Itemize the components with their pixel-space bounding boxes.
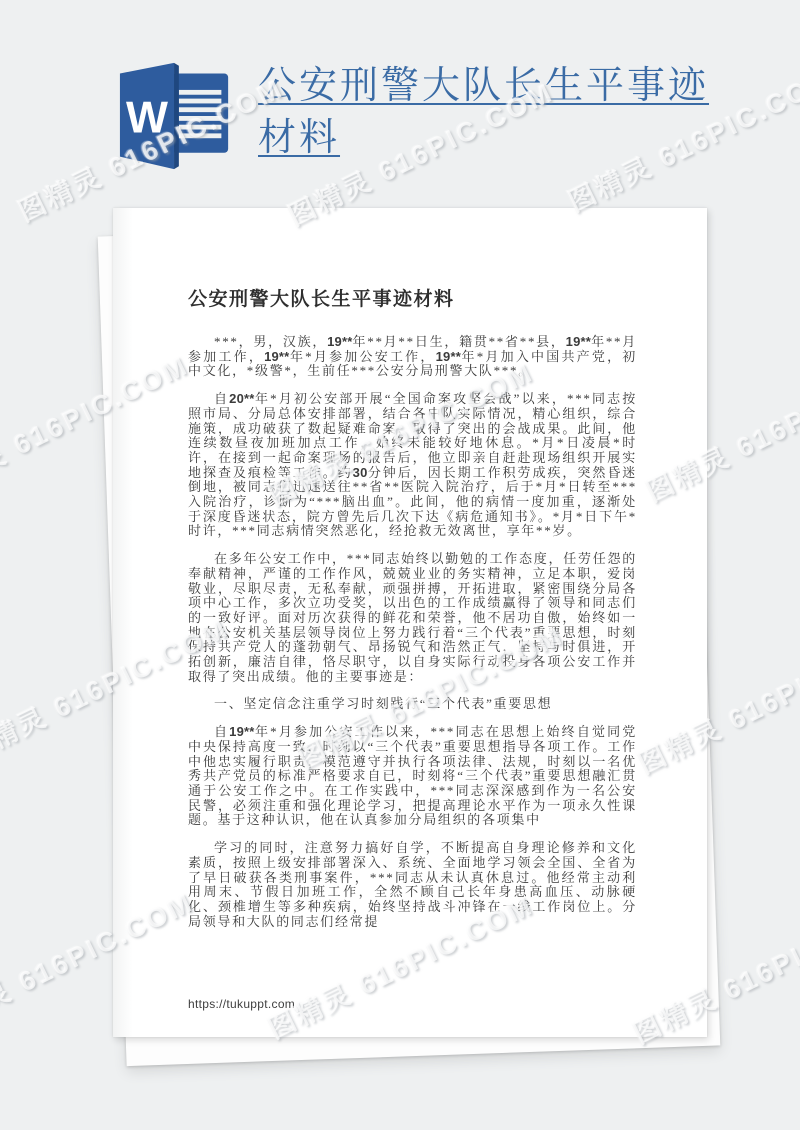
paragraph-three-represents: 自19**年*月参加公安工作以来，***同志在思想上始终自觉同党中央保持高度一致… xyxy=(188,725,637,828)
paragraph-work-ethic: 在多年公安工作中，***同志始终以勤勉的工作态度，任劳任怨的奉献精神，严谨的工作… xyxy=(188,552,637,684)
word-icon-letter: W xyxy=(126,93,168,142)
section-heading-one: 一、坚定信念注重学习时刻践行“三个代表”重要思想 xyxy=(188,697,637,712)
footer-url: https://tukuppt.com xyxy=(188,997,295,1011)
paragraph-campaign-illness: 自20**年*月初公安部开展“全国命案攻坚会战”以来，***同志按照市局、分局总… xyxy=(188,392,637,539)
word-document-icon: W xyxy=(118,60,232,172)
paragraph-self-study: 学习的同时，注意努力搞好自学，不断提高自身理论修养和文化素质，按照上级安排部署深… xyxy=(188,841,637,929)
document-page: 公安刑警大队长生平事迹材料 ***，男，汉族，19**年**月**日生，籍贯**… xyxy=(113,208,707,1037)
template-title-link[interactable]: 公安刑警大队长生平事迹材料 xyxy=(258,60,710,172)
template-preview-page: W 公安刑警大队长生平事迹材料 公安刑警大队长生平事迹材料 ***，男，汉族，1… xyxy=(0,0,800,1130)
header: W 公安刑警大队长生平事迹材料 xyxy=(118,60,718,172)
document-title: 公安刑警大队长生平事迹材料 xyxy=(188,284,637,311)
paragraph-basic-info: ***，男，汉族，19**年**月**日生，籍贯**省**县，19**年**月参… xyxy=(188,335,637,379)
